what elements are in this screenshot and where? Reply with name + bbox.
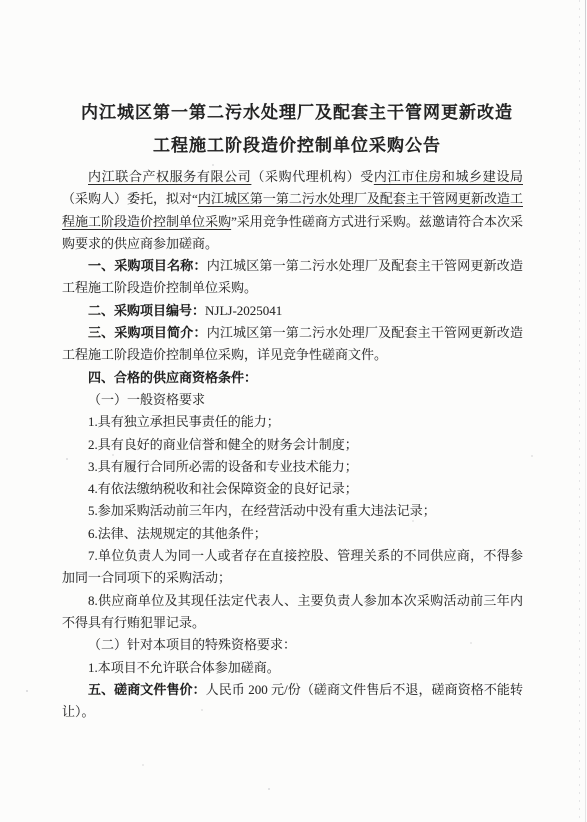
section-1-label: 一、采购项目名称： (88, 258, 207, 273)
general-item-1-text: 1.具有独立承担民事责任的能力； (88, 414, 280, 429)
subsection-2-text: （二）针对本项目的特殊资格要求： (88, 637, 296, 652)
title-line-1: 内江城区第一第二污水处理厂及配套主干管网更新改造 (62, 96, 532, 129)
general-item-2-text: 2.具有良好的商业信誉和健全的财务会计制度； (88, 437, 358, 452)
general-item-4-text: 4.有依法缴纳税收和社会保障资金的良好记录； (88, 481, 358, 496)
general-item-8-text: 8.供应商单位及其现任法定代表人、主要负责人参加本次采购活动前三年内不得具有行贿… (62, 593, 523, 630)
general-item-7-text: 7.单位负责人为同一人或者存在直接控股、管理关系的不同供应商，不得参加同一合同项… (62, 548, 523, 585)
section-4-qualifications: 四、合格的供应商资格条件： (62, 367, 523, 389)
intro-text-1: （采购代理机构）受 (251, 169, 374, 184)
general-item-4: 4.有依法缴纳税收和社会保障资金的良好记录； (62, 478, 523, 500)
subsection-2-special: （二）针对本项目的特殊资格要求： (62, 634, 523, 656)
section-4-label: 四、合格的供应商资格条件： (88, 370, 257, 385)
subsection-1-text: （一）一般资格要求 (88, 392, 205, 407)
general-item-1: 1.具有独立承担民事责任的能力； (62, 411, 523, 433)
general-item-7: 7.单位负责人为同一人或者存在直接控股、管理关系的不同供应商，不得参加同一合同项… (62, 545, 523, 590)
section-3-project-brief: 三、采购项目简介：内江城区第一第二污水处理厂及配套主干管网更新改造工程施工阶段造… (62, 322, 523, 367)
general-item-8: 8.供应商单位及其现任法定代表人、主要负责人参加本次采购活动前三年内不得具有行贿… (62, 590, 523, 635)
general-item-6: 6.法律、法规规定的其他条件； (62, 523, 523, 545)
subsection-1-general: （一）一般资格要求 (62, 389, 523, 411)
intro-text-2: （采购人）委托，拟对“ (62, 191, 198, 206)
intro-paragraph: 内江联合产权服务有限公司（采购代理机构）受内江市住房和城乡建设局（采购人）委托，… (62, 166, 523, 255)
document-body: 内江联合产权服务有限公司（采购代理机构）受内江市住房和城乡建设局（采购人）委托，… (62, 166, 523, 723)
purchaser-name: 内江市住房和城乡建设局 (374, 169, 523, 184)
general-item-3-text: 3.具有履行合同所必需的设备和专业技术能力； (88, 459, 358, 474)
general-item-3: 3.具有履行合同所必需的设备和专业技术能力； (62, 456, 523, 478)
agency-name: 内江联合产权服务有限公司 (88, 169, 251, 184)
section-3-label: 三、采购项目简介： (88, 325, 207, 340)
general-item-5-text: 5.参加采购活动前三年内，在经营活动中没有重大违法记录； (88, 503, 436, 518)
special-item-1-text: 1.本项目不允许联合体参加磋商。 (88, 660, 280, 675)
general-item-5: 5.参加采购活动前三年内，在经营活动中没有重大违法记录； (62, 500, 523, 522)
section-5-label: 五、磋商文件售价： (88, 682, 206, 697)
general-item-6-text: 6.法律、法规规定的其他条件； (88, 526, 267, 541)
scan-edge-line (585, 0, 586, 822)
section-1-project-name: 一、采购项目名称：内江城区第一第二污水处理厂及配套主干管网更新改造工程施工阶段造… (62, 255, 523, 300)
scanned-document-page: 内江城区第一第二污水处理厂及配套主干管网更新改造 工程施工阶段造价控制单位采购公… (0, 0, 587, 822)
special-item-1: 1.本项目不允许联合体参加磋商。 (62, 657, 523, 679)
title-line-2: 工程施工阶段造价控制单位采购公告 (62, 129, 532, 162)
document-title: 内江城区第一第二污水处理厂及配套主干管网更新改造 工程施工阶段造价控制单位采购公… (62, 96, 532, 162)
section-2-label: 二、采购项目编号： (88, 303, 205, 318)
scan-noise-speckles (0, 0, 2, 2)
general-item-2: 2.具有良好的商业信誉和健全的财务会计制度； (62, 434, 523, 456)
section-2-project-number: 二、采购项目编号：NJLJ-2025041 (62, 300, 523, 322)
section-2-text: NJLJ-2025041 (205, 303, 282, 318)
scan-edge-artifact (579, 0, 580, 822)
section-5-document-price: 五、磋商文件售价：人民币 200 元/份（磋商文件售后不退，磋商资格不能转让）。 (62, 679, 523, 724)
